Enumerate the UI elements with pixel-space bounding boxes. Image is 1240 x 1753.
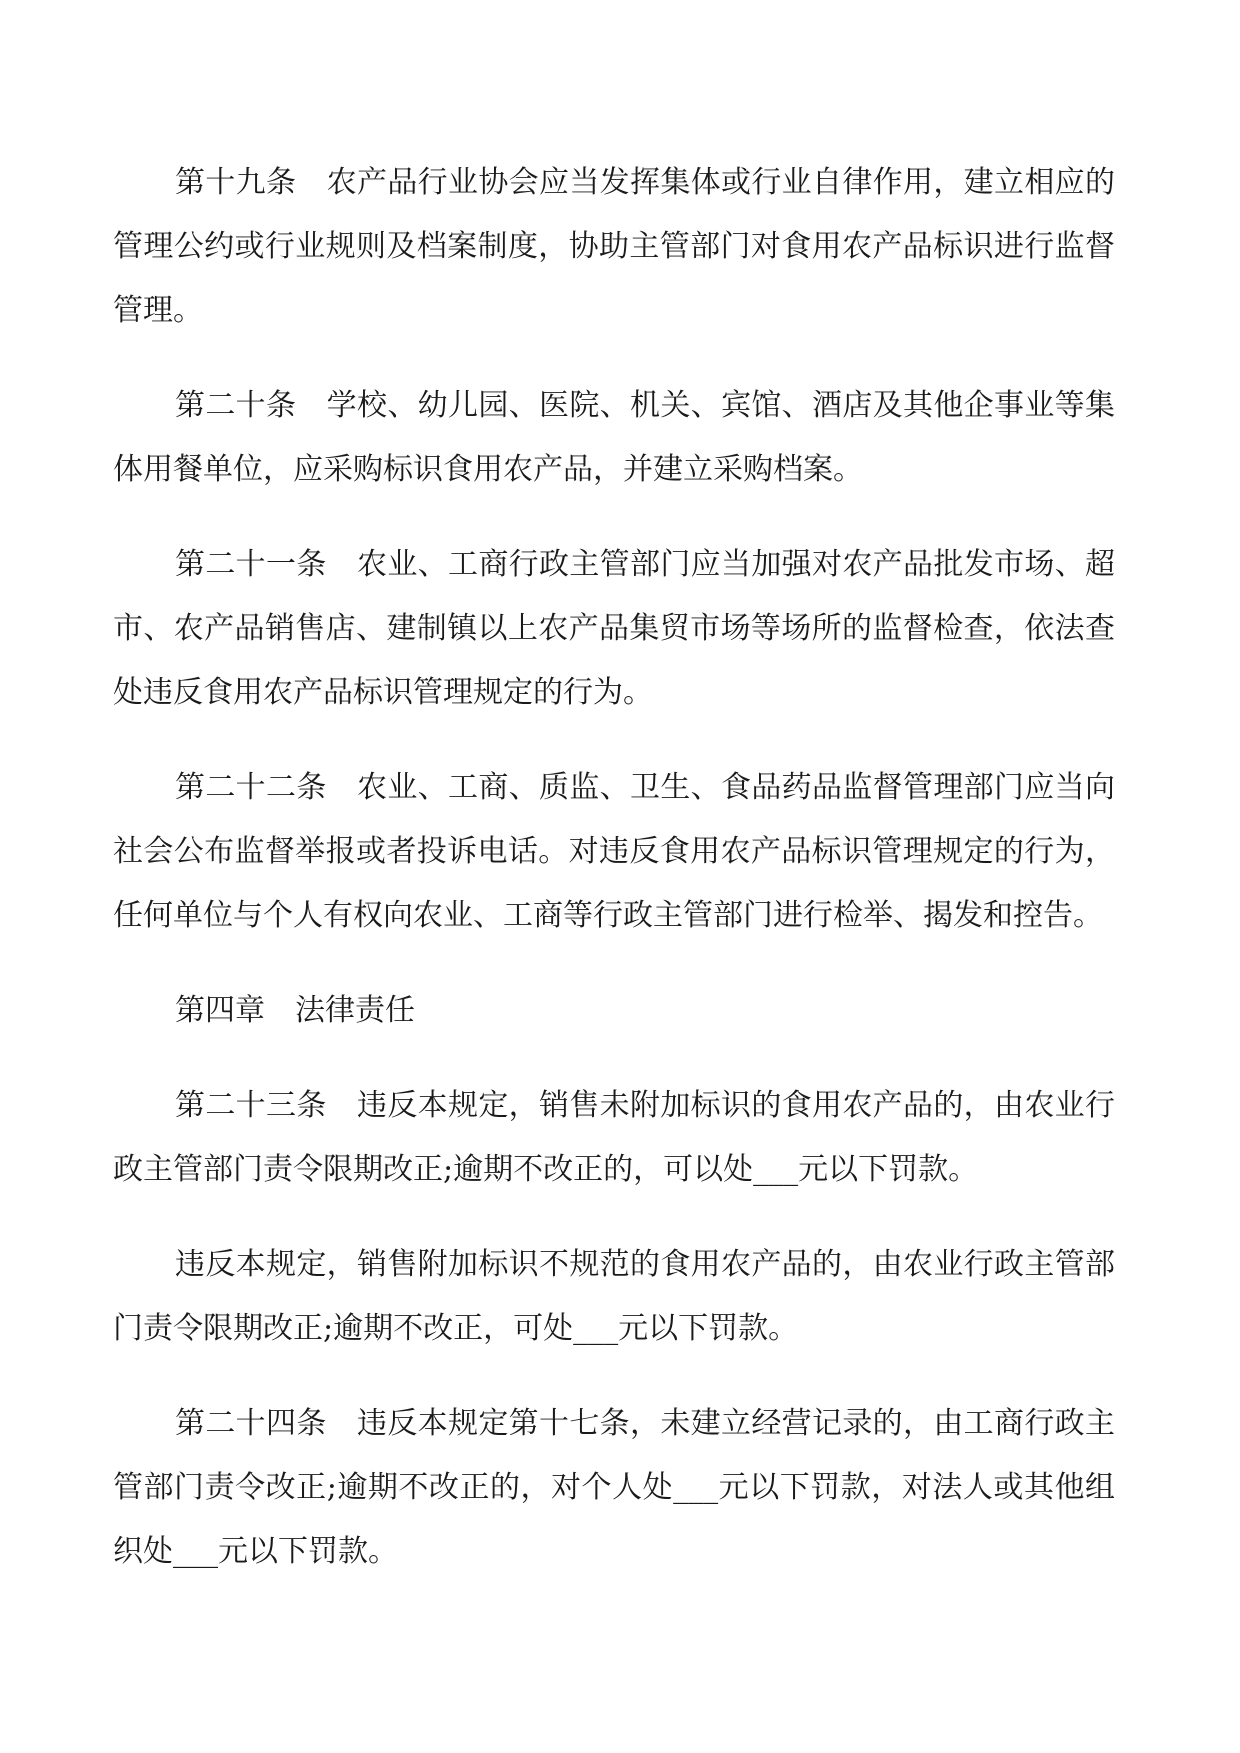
article-24-paragraph: 第二十四条 违反本规定第十七条，未建立经营记录的，由工商行政主管部门责令改正;逾… <box>113 1392 1115 1584</box>
article-23-supplement-paragraph: 违反本规定，销售附加标识不规范的食用农产品的，由农业行政主管部门责令限期改正;逾… <box>113 1233 1115 1361</box>
article-21-paragraph: 第二十一条 农业、工商行政主管部门应当加强对农产品批发市场、超市、农产品销售店、… <box>113 533 1115 725</box>
document-page: 第十九条 农产品行业协会应当发挥集体或行业自律作用，建立相应的管理公约或行业规则… <box>0 0 1240 1753</box>
article-20-paragraph: 第二十条 学校、幼儿园、医院、机关、宾馆、酒店及其他企事业等集体用餐单位，应采购… <box>113 374 1115 502</box>
article-23-paragraph: 第二十三条 违反本规定，销售未附加标识的食用农产品的，由农业行政主管部门责令限期… <box>113 1074 1115 1202</box>
chapter-4-heading: 第四章 法律责任 <box>113 979 1115 1043</box>
article-22-paragraph: 第二十二条 农业、工商、质监、卫生、食品药品监督管理部门应当向社会公布监督举报或… <box>113 756 1115 948</box>
article-19-paragraph: 第十九条 农产品行业协会应当发挥集体或行业自律作用，建立相应的管理公约或行业规则… <box>113 151 1115 343</box>
